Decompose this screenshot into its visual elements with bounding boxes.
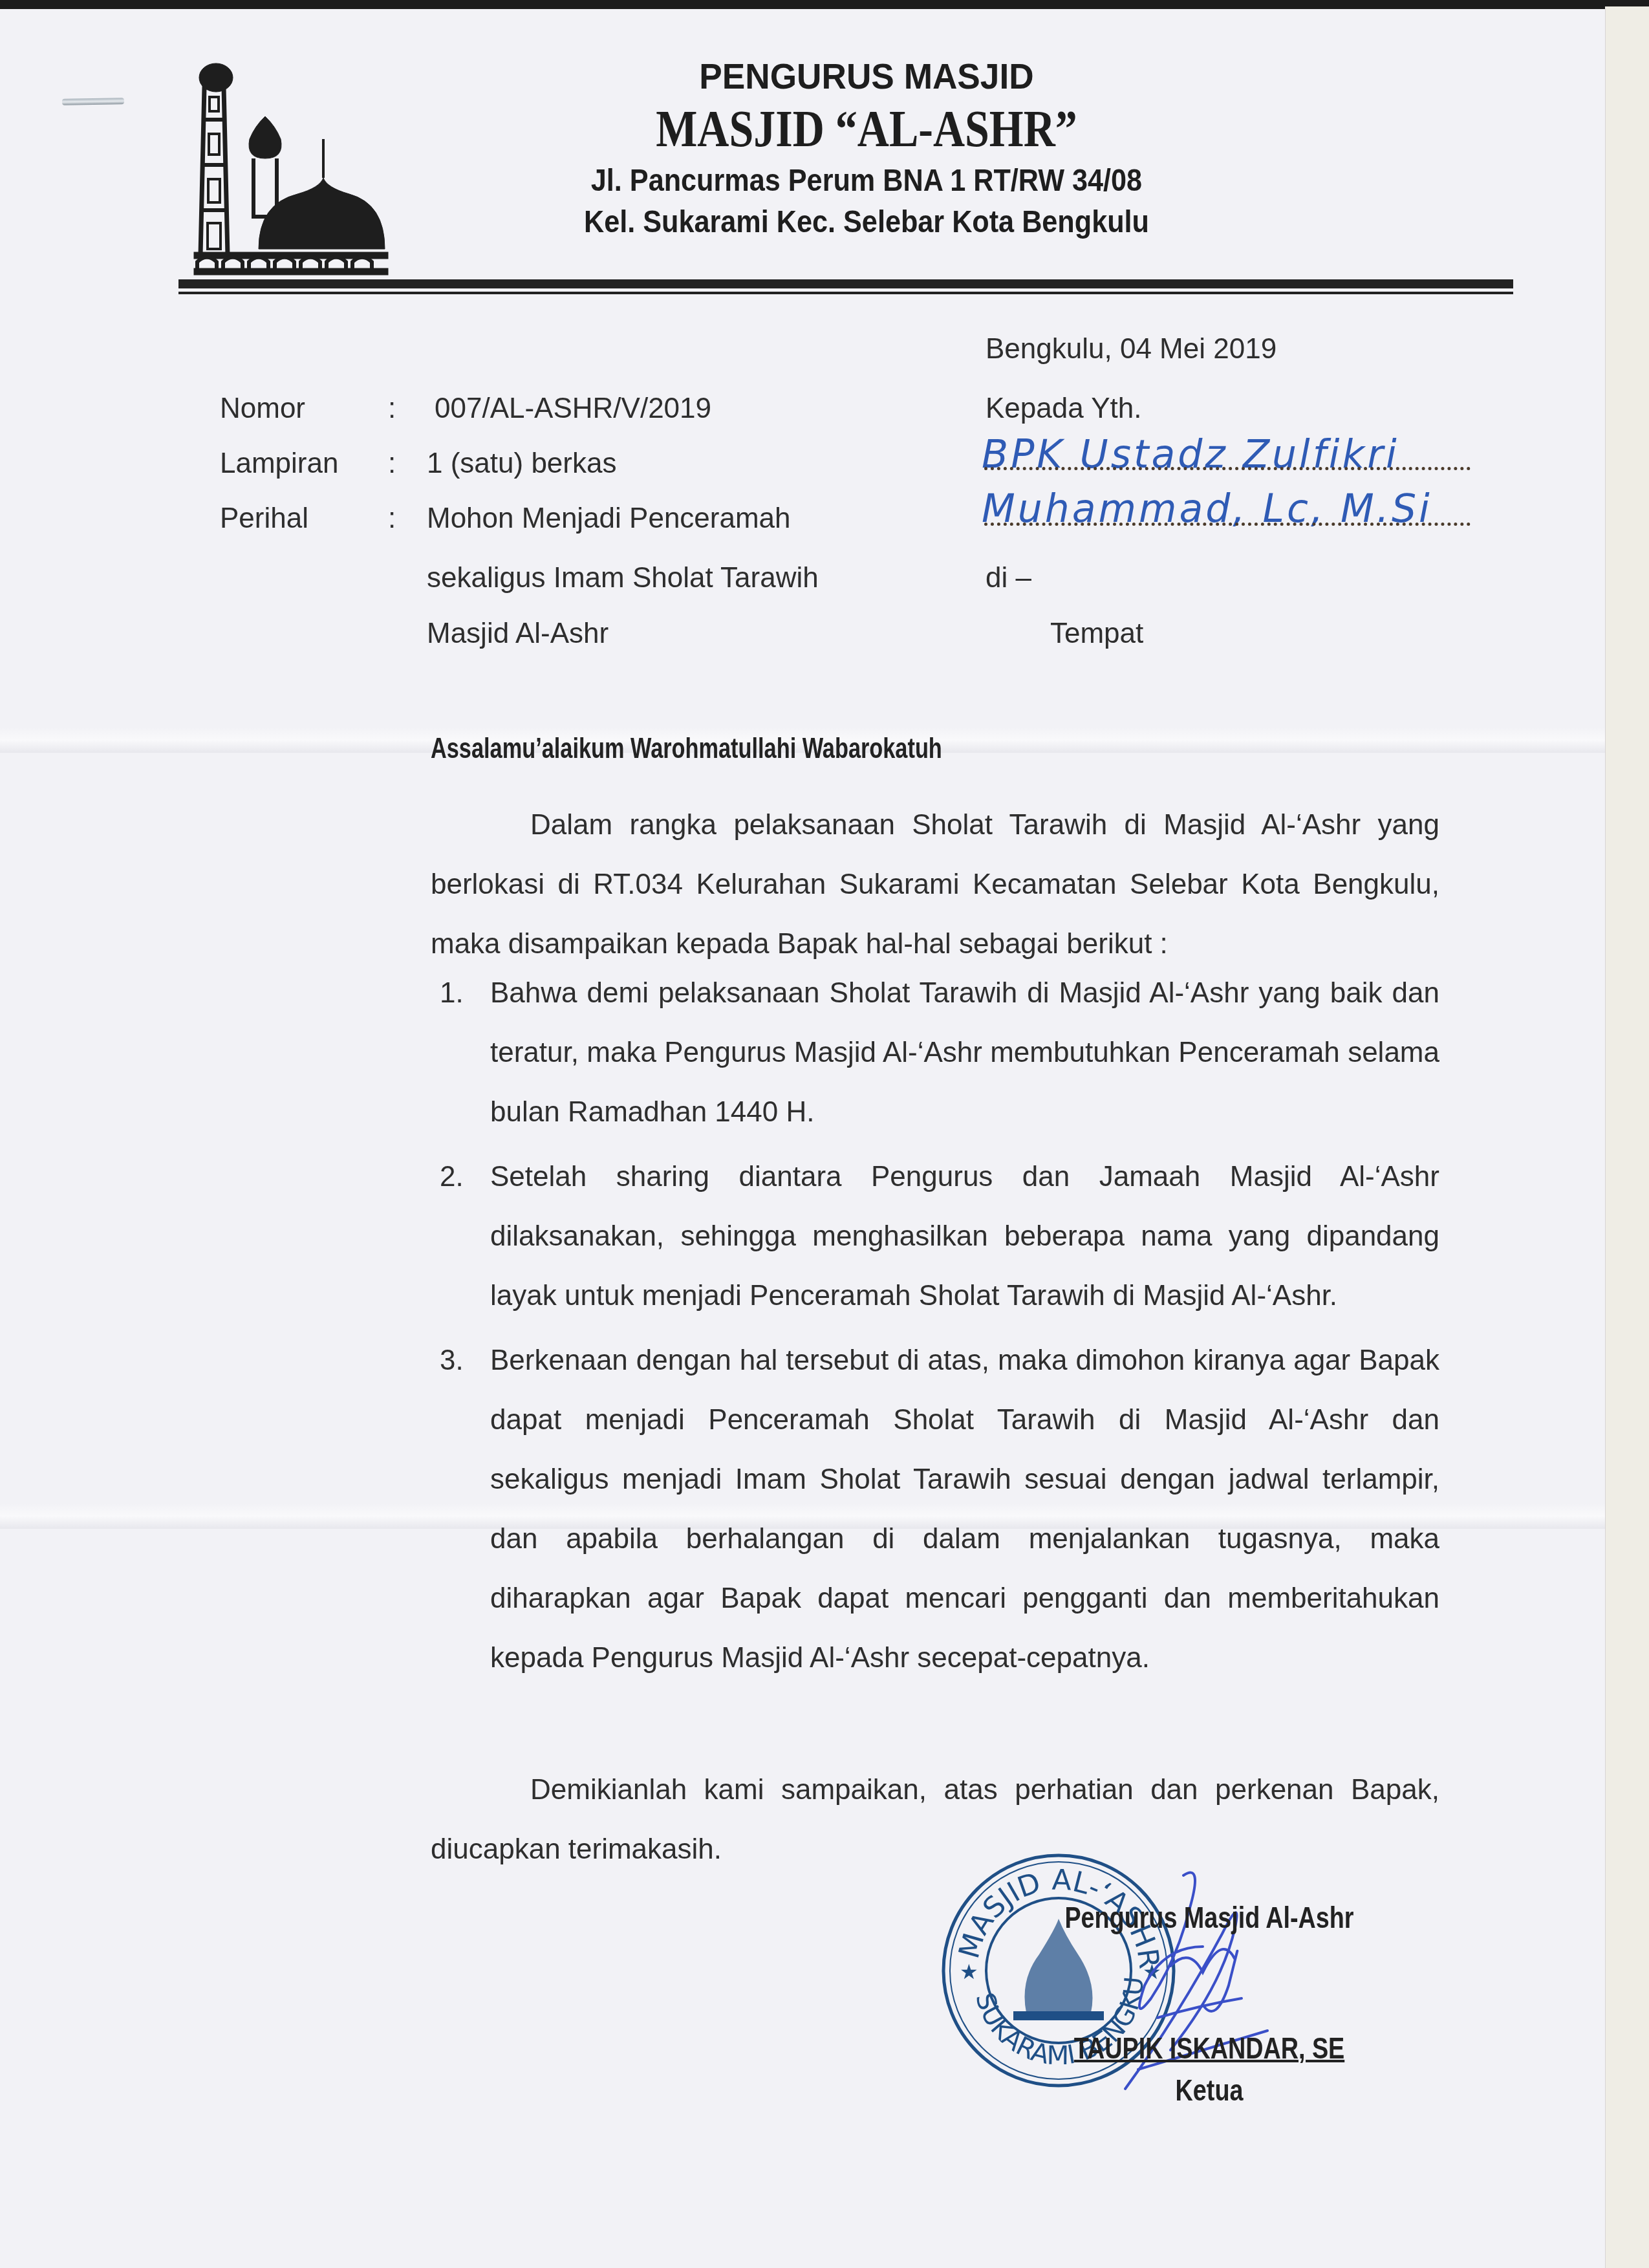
letterhead-mosque-name: MASJID “AL-ASHR” <box>548 103 1185 155</box>
points-list: 1. Bahwa demi pelaksanaan Sholat Tarawih… <box>431 964 1439 1688</box>
signature-role: Ketua <box>1055 2073 1363 2108</box>
greeting: Assalamu’alaikum Warohmatullahi Wabaroka… <box>431 733 942 765</box>
point-text: Bahwa demi pelaksanaan Sholat Tarawih di… <box>490 977 1439 1128</box>
recipient-salutation: Kepada Yth. <box>986 394 1141 423</box>
lampiran-label: Lampiran <box>220 449 338 478</box>
recipient-dotted-line-2 <box>984 523 1471 526</box>
lampiran-value: 1 (satu) berkas <box>427 449 616 478</box>
recipient-tempat: Tempat <box>1050 620 1143 648</box>
point-item: 1. Bahwa demi pelaksanaan Sholat Tarawih… <box>431 964 1439 1142</box>
point-number: 3. <box>440 1331 464 1390</box>
intro-text: Dalam rangka pelaksanaan Sholat Tarawih … <box>431 809 1439 960</box>
point-item: 2. Setelah sharing diantara Pengurus dan… <box>431 1147 1439 1326</box>
recipient-dotted-line-1 <box>984 467 1471 470</box>
recipient-di: di – <box>986 564 1031 592</box>
intro-paragraph: Dalam rangka pelaksanaan Sholat Tarawih … <box>431 795 1439 974</box>
letterhead-divider <box>178 279 1513 288</box>
point-item: 3. Berkenaan dengan hal tersebut di atas… <box>431 1331 1439 1688</box>
perihal-colon: : <box>388 504 396 533</box>
recipient-name-handwritten-1: BPK Ustadz Zulfikri <box>982 432 1399 477</box>
signature-name: TAUPIK ISKANDAR, SE <box>1050 2031 1368 2066</box>
nomor-colon: : <box>388 394 396 423</box>
closing-text: Demikianlah kami sampaikan, atas perhati… <box>431 1774 1439 1865</box>
point-number: 1. <box>440 964 464 1023</box>
letterhead-address-1: Jl. Pancurmas Perum BNA 1 RT/RW 34/08 <box>529 166 1204 197</box>
perihal-value-line-1: Mohon Menjadi Penceramah <box>427 504 791 533</box>
scanner-edge <box>0 0 1649 9</box>
scanner-bed-margin <box>1605 6 1649 2268</box>
letterhead-org: PENGURUS MASJID <box>510 58 1223 94</box>
letterhead: PENGURUS MASJID MASJID “AL-ASHR” Jl. Pan… <box>491 58 1242 238</box>
signature-org: Pengurus Masjid Al-Ashr <box>1055 1900 1363 1935</box>
point-text: Berkenaan dengan hal tersebut di atas, m… <box>490 1345 1439 1674</box>
staple-mark <box>62 98 124 105</box>
perihal-value-line-2: sekaligus Imam Sholat Tarawih <box>427 564 819 592</box>
nomor-label: Nomor <box>220 394 305 423</box>
closing-paragraph: Demikianlah kami sampaikan, atas perhati… <box>431 1760 1439 1879</box>
svg-text:★: ★ <box>960 1960 978 1983</box>
nomor-value: 007/AL-ASHR/V/2019 <box>435 394 711 423</box>
letterhead-divider-thin <box>178 292 1513 294</box>
lampiran-colon: : <box>388 449 396 478</box>
point-text: Setelah sharing diantara Pengurus dan Ja… <box>490 1161 1439 1312</box>
place-date: Bengkulu, 04 Mei 2019 <box>986 335 1277 363</box>
signatory-name: TAUPIK ISKANDAR, SE <box>1074 2031 1344 2065</box>
letterhead-address-2: Kel. Sukarami Kec. Selebar Kota Bengkulu <box>529 207 1204 238</box>
perihal-value-line-3: Masjid Al-Ashr <box>427 620 609 648</box>
mosque-icon <box>188 55 485 278</box>
point-number: 2. <box>440 1147 464 1207</box>
perihal-label: Perihal <box>220 504 308 533</box>
